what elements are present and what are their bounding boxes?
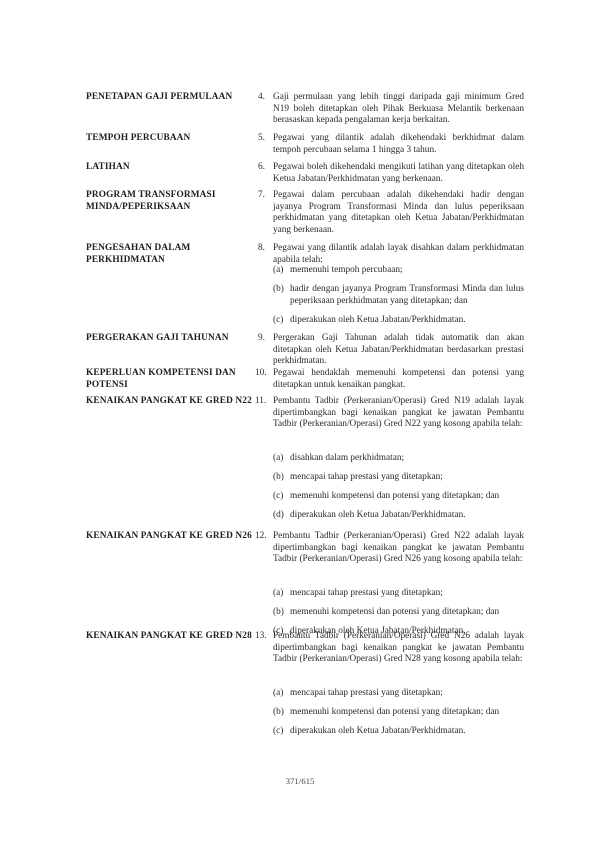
list-item-text: diperakukan oleh Ketua Jabatan/Perkhidma…	[290, 510, 524, 522]
document-page: PENETAPAN GAJI PERMULAAN 4. Gaji permula…	[0, 0, 600, 849]
section-heading: PROGRAM TRANSFORMASI MINDA/PEPERIKSAAN	[86, 190, 256, 213]
section-text: Pegawai hendaklah memenuhi kompetensi da…	[273, 368, 524, 391]
list-item-label: (a)	[273, 265, 289, 277]
list-item-text: mencapai tahap prestasi yang ditetapkan;	[290, 588, 524, 600]
list-item-label: (b)	[273, 284, 289, 296]
list-item-label: (a)	[273, 688, 289, 700]
section-heading: KEPERLUAN KOMPETENSI DAN POTENSI	[86, 368, 256, 391]
list-item-label: (a)	[273, 453, 289, 465]
section-text: Pembantu Tadbir (Perkeranian/Operasi) Gr…	[273, 631, 524, 666]
list-item-text: diperakukan oleh Ketua Jabatan/Perkhidma…	[290, 315, 524, 327]
section-text: Pegawai yang dilantik adalah layak disah…	[273, 243, 524, 266]
list-item-label: (c)	[273, 491, 289, 503]
list-item-text: memenuhi kompetensi dan potensi yang dit…	[290, 491, 524, 503]
list-item-text: memenuhi tempoh percubaan;	[290, 265, 524, 277]
section-text: Pegawai boleh dikehendaki mengikuti lati…	[273, 162, 524, 185]
section-text: Gaji permulaan yang lebih tinggi daripad…	[273, 92, 524, 127]
list-item-label: (b)	[273, 607, 289, 619]
section-heading: PENETAPAN GAJI PERMULAAN	[86, 92, 256, 104]
page-number: 371/615	[0, 776, 600, 786]
section-text: Pegawai dalam percubaan adalah dikehenda…	[273, 190, 524, 236]
list-item-text: memenuhi kompetensi dan potensi yang dit…	[290, 607, 524, 619]
section-text: Pembantu Tadbir (Perkeranian/Operasi) Gr…	[273, 531, 524, 566]
list-item-text: diperakukan oleh Ketua Jabatan/Perkhidma…	[290, 726, 524, 738]
section-heading: KENAIKAN PANGKAT KE GRED N22	[86, 396, 256, 408]
list-item-label: (b)	[273, 707, 289, 719]
section-text: Pergerakan Gaji Tahunan adalah tidak aut…	[273, 333, 524, 368]
section-heading: KENAIKAN PANGKAT KE GRED N26	[86, 531, 256, 543]
list-item-label: (c)	[273, 726, 289, 738]
list-item-label: (b)	[273, 472, 289, 484]
section-heading: PENGESAHAN DALAM PERKHIDMATAN	[86, 243, 256, 266]
list-item-text: disahkan dalam perkhidmatan;	[290, 453, 524, 465]
section-heading: TEMPOH PERCUBAAN	[86, 133, 256, 145]
list-item-label: (c)	[273, 315, 289, 327]
list-item-text: hadir dengan jayanya Program Transformas…	[290, 284, 524, 307]
section-heading: KENAIKAN PANGKAT KE GRED N28	[86, 631, 256, 643]
list-item-label: (d)	[273, 510, 289, 522]
list-item-text: memenuhi kompetensi dan potensi yang dit…	[290, 707, 524, 719]
section-heading: PERGERAKAN GAJI TAHUNAN	[86, 333, 258, 345]
section-heading: LATIHAN	[86, 162, 256, 174]
list-item-text: mencapai tahap prestasi yang ditetapkan;	[290, 688, 524, 700]
list-item-text: mencapai tahap prestasi yang ditetapkan;	[290, 472, 524, 484]
section-text: Pegawai yang dilantik adalah dikehendaki…	[273, 133, 524, 156]
section-text: Pembantu Tadbir (Perkeranian/Operasi) Gr…	[273, 396, 524, 431]
list-item-label: (a)	[273, 588, 289, 600]
